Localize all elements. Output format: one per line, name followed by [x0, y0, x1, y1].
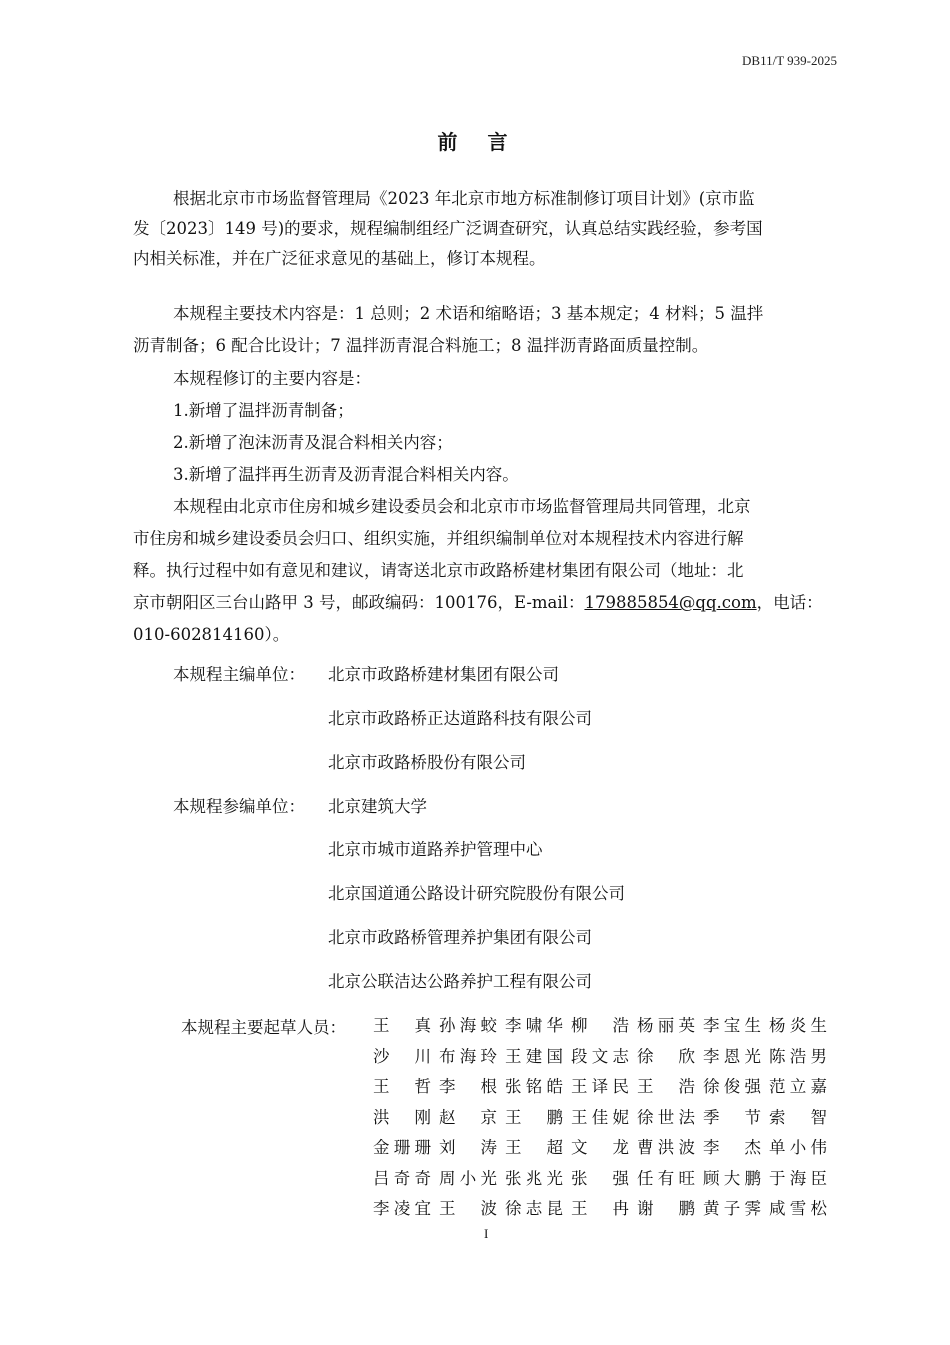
drafter-name-char: 陈 — [769, 1043, 786, 1074]
drafter-name-char: 徐 — [637, 1104, 654, 1135]
drafter-name-char: 松 — [811, 1195, 828, 1226]
email-link[interactable]: 179885854@qq.com — [584, 593, 756, 612]
drafter-name: 王建国 — [505, 1043, 563, 1074]
drafter-name: 李杰 — [703, 1134, 761, 1165]
drafter-name-char: 鹏 — [745, 1165, 762, 1196]
drafter-name: 李啸华 — [505, 1012, 563, 1043]
drafter-name: 洪刚 — [373, 1104, 431, 1135]
drafter-name: 索智 — [769, 1104, 827, 1135]
drafter-name-char: 啸 — [526, 1012, 543, 1043]
drafter-name-char: 浩 — [613, 1012, 630, 1043]
drafter-name-char: 徐 — [703, 1073, 720, 1104]
drafter-name-char: 咸 — [769, 1195, 786, 1226]
drafter-name-char: 杨 — [637, 1012, 654, 1043]
drafter-name: 王浩 — [637, 1073, 695, 1104]
drafter-name-char: 段 — [571, 1043, 588, 1074]
drafter-name: 范立嘉 — [769, 1073, 827, 1104]
drafter-name-char: 生 — [745, 1012, 762, 1043]
drafter-name-char: 李 — [439, 1073, 456, 1104]
drafter-name-char: 雪 — [790, 1195, 807, 1226]
drafter-name-char: 霁 — [745, 1195, 762, 1226]
drafter-name: 王超 — [505, 1134, 563, 1165]
drafter-name-char: 鹏 — [547, 1104, 564, 1135]
drafter-name: 黄子霁 — [703, 1195, 761, 1226]
drafter-name-char: 王 — [571, 1104, 588, 1135]
drafter-name-char: 志 — [526, 1195, 543, 1226]
drafter-name: 李根 — [439, 1073, 497, 1104]
drafter-name-char: 洪 — [373, 1104, 390, 1135]
drafter-name-char: 季 — [703, 1104, 720, 1135]
drafter-name: 于海臣 — [769, 1165, 827, 1196]
drafter-name-char: 徐 — [505, 1195, 522, 1226]
address-text: 京市朝阳区三台山路甲 3 号，邮政编码：100176，E-mail： — [133, 593, 584, 612]
page-number: I — [484, 1226, 488, 1242]
drafter-name-char: 真 — [415, 1012, 432, 1043]
drafter-name: 王波 — [439, 1195, 497, 1226]
drafter-name: 徐俊强 — [703, 1073, 761, 1104]
drafter-name-char: 妮 — [613, 1104, 630, 1135]
drafter-name-char: 布 — [439, 1043, 456, 1074]
drafter-name-char: 徐 — [637, 1043, 654, 1074]
drafter-name-char: 法 — [679, 1104, 696, 1135]
drafter-name-char: 沙 — [373, 1043, 390, 1074]
drafter-name-char: 珊 — [394, 1134, 411, 1165]
drafter-name-char: 根 — [481, 1073, 498, 1104]
drafter-name-char: 英 — [679, 1012, 696, 1043]
drafter-name-char: 文 — [571, 1134, 588, 1165]
drafter-name-char: 谢 — [637, 1195, 654, 1226]
paragraph-3-line-2: 市住房和城乡建设委员会归口、组织实施，并组织编制单位对本规程技术内容进行解 — [133, 524, 744, 554]
participating-unit-1: 北京建筑大学 — [328, 793, 427, 817]
drafter-name-char: 王 — [439, 1195, 456, 1226]
drafter-name-char: 民 — [613, 1073, 630, 1104]
drafter-name-char: 强 — [613, 1165, 630, 1196]
drafters-list: 王真孙海蛟李啸华柳浩杨丽英李宝生杨炎生沙川布海玲王建国段文志徐欣李恩光陈浩男王哲… — [373, 1012, 835, 1226]
drafter-name-char: 王 — [637, 1073, 654, 1104]
drafter-name: 赵京 — [439, 1104, 497, 1135]
drafter-name: 布海玲 — [439, 1043, 497, 1074]
drafter-name-char: 顾 — [703, 1165, 720, 1196]
chief-unit-2: 北京市政路桥正达道路科技有限公司 — [328, 705, 592, 729]
drafter-name-char: 国 — [547, 1043, 564, 1074]
drafter-name-char: 小 — [790, 1134, 807, 1165]
revision-item-1: 1.新增了温拌沥青制备； — [173, 396, 354, 426]
drafter-name-char: 译 — [592, 1073, 609, 1104]
drafter-name-char: 兆 — [526, 1165, 543, 1196]
drafter-name-char: 范 — [769, 1073, 786, 1104]
drafter-name-char: 王 — [505, 1134, 522, 1165]
drafter-name-char: 洪 — [658, 1134, 675, 1165]
drafter-name-char: 波 — [679, 1134, 696, 1165]
chief-units-label: 本规程主编单位： — [173, 661, 305, 685]
drafter-name: 季节 — [703, 1104, 761, 1135]
drafter-name-char: 单 — [769, 1134, 786, 1165]
drafter-name-char: 金 — [373, 1134, 390, 1165]
drafter-name-char: 奇 — [394, 1165, 411, 1196]
chief-unit-3: 北京市政路桥股份有限公司 — [328, 749, 526, 773]
participating-unit-2: 北京市城市道路养护管理中心 — [328, 836, 543, 860]
drafter-name-char: 生 — [811, 1012, 828, 1043]
paragraph-3-line-5: 010-602814160）。 — [133, 620, 289, 650]
paragraph-1-line-1: 根据北京市市场监督管理局《2023 年北京市地方标准制修订项目计划》(京市监 — [173, 184, 755, 214]
drafter-name-char: 文 — [592, 1043, 609, 1074]
drafter-name-char: 炎 — [790, 1012, 807, 1043]
revision-item-3: 3.新增了温拌再生沥青及沥青混合料相关内容。 — [173, 460, 519, 490]
drafter-name-char: 丽 — [658, 1012, 675, 1043]
drafter-name: 陈浩男 — [769, 1043, 827, 1074]
drafter-name-char: 世 — [658, 1104, 675, 1135]
paragraph-2-line-2: 沥青制备；6 配合比设计；7 温拌沥青混合料施工；8 温拌沥青路面质量控制。 — [133, 331, 708, 361]
paragraph-1-line-3: 内相关标准，并在广泛征求意见的基础上，修订本规程。 — [133, 244, 546, 274]
drafter-name-char: 智 — [811, 1104, 828, 1135]
drafter-name: 徐志昆 — [505, 1195, 563, 1226]
participating-unit-5: 北京公联洁达公路养护工程有限公司 — [328, 968, 592, 992]
revision-item-2: 2.新增了泡沫沥青及混合料相关内容； — [173, 428, 453, 458]
drafter-name: 谢鹏 — [637, 1195, 695, 1226]
drafter-name-char: 冉 — [613, 1195, 630, 1226]
drafter-name-char: 曹 — [637, 1134, 654, 1165]
drafter-name: 徐欣 — [637, 1043, 695, 1074]
drafter-name: 王鹏 — [505, 1104, 563, 1135]
drafter-name-char: 川 — [415, 1043, 432, 1074]
drafter-name-char: 欣 — [679, 1043, 696, 1074]
drafter-name-char: 李 — [703, 1012, 720, 1043]
drafter-name-char: 索 — [769, 1104, 786, 1135]
drafter-name-char: 男 — [811, 1043, 828, 1074]
drafter-name-char: 臣 — [811, 1165, 828, 1196]
drafter-name-char: 光 — [547, 1165, 564, 1196]
drafter-name-char: 涛 — [481, 1134, 498, 1165]
drafter-name-char: 哲 — [415, 1073, 432, 1104]
drafter-name: 徐世法 — [637, 1104, 695, 1135]
drafter-name-char: 张 — [571, 1165, 588, 1196]
drafter-name-char: 李 — [373, 1195, 390, 1226]
drafter-name-char: 宝 — [724, 1012, 741, 1043]
drafter-name: 金珊珊 — [373, 1134, 431, 1165]
drafter-name-char: 佳 — [592, 1104, 609, 1135]
drafter-name: 吕奇奇 — [373, 1165, 431, 1196]
drafter-name-char: 王 — [571, 1073, 588, 1104]
drafter-name: 杨丽英 — [637, 1012, 695, 1043]
drafter-name: 文龙 — [571, 1134, 629, 1165]
drafter-name-char: 珊 — [415, 1134, 432, 1165]
drafter-name-char: 超 — [547, 1134, 564, 1165]
participating-units-label: 本规程参编单位： — [173, 793, 305, 817]
paragraph-3-line-1: 本规程由北京市住房和城乡建设委员会和北京市市场监督管理局共同管理，北京 — [173, 492, 751, 522]
drafter-name-char: 周 — [439, 1165, 456, 1196]
drafter-name-char: 节 — [745, 1104, 762, 1135]
drafter-name-char: 旺 — [679, 1165, 696, 1196]
drafter-name-char: 宜 — [415, 1195, 432, 1226]
drafter-name-char: 京 — [481, 1104, 498, 1135]
drafter-name-char: 杨 — [769, 1012, 786, 1043]
drafter-name: 周小光 — [439, 1165, 497, 1196]
phone-label: ，电话： — [757, 593, 823, 612]
drafter-name-char: 海 — [460, 1012, 477, 1043]
drafter-name-char: 李 — [505, 1012, 522, 1043]
drafter-name: 王佳妮 — [571, 1104, 629, 1135]
drafter-name-char: 小 — [460, 1165, 477, 1196]
drafter-name-char: 有 — [658, 1165, 675, 1196]
drafter-name-char: 蛟 — [481, 1012, 498, 1043]
drafter-name-char: 光 — [481, 1165, 498, 1196]
drafter-name: 咸雪松 — [769, 1195, 827, 1226]
drafter-name-char: 浩 — [679, 1073, 696, 1104]
drafter-name: 王冉 — [571, 1195, 629, 1226]
drafter-name-char: 伟 — [811, 1134, 828, 1165]
drafter-name-char: 柳 — [571, 1012, 588, 1043]
drafter-name-char: 子 — [724, 1195, 741, 1226]
drafter-name-char: 龙 — [613, 1134, 630, 1165]
drafter-name-char: 鹏 — [679, 1195, 696, 1226]
drafter-name-char: 铭 — [526, 1073, 543, 1104]
drafter-name: 段文志 — [571, 1043, 629, 1074]
drafter-name-char: 建 — [526, 1043, 543, 1074]
drafter-name-char: 王 — [571, 1195, 588, 1226]
participating-unit-4: 北京市政路桥管理养护集团有限公司 — [328, 924, 592, 948]
drafter-name: 张强 — [571, 1165, 629, 1196]
revision-intro: 本规程修订的主要内容是： — [173, 364, 371, 394]
drafter-name-char: 立 — [790, 1073, 807, 1104]
drafter-name-char: 玲 — [481, 1043, 498, 1074]
drafter-name: 柳浩 — [571, 1012, 629, 1043]
drafter-name-char: 任 — [637, 1165, 654, 1196]
drafter-name: 李凌宜 — [373, 1195, 431, 1226]
drafter-name-char: 刚 — [415, 1104, 432, 1135]
drafter-name-char: 王 — [505, 1043, 522, 1074]
paragraph-1-line-2: 发〔2023〕149 号)的要求，规程编制组经广泛调查研究，认真总结实践经验，参… — [133, 214, 763, 244]
drafter-name-char: 王 — [373, 1073, 390, 1104]
drafter-name-char: 恩 — [724, 1043, 741, 1074]
drafter-name-char: 志 — [613, 1043, 630, 1074]
drafter-name-char: 王 — [505, 1104, 522, 1135]
drafter-name-char: 杰 — [745, 1134, 762, 1165]
drafter-name: 王译民 — [571, 1073, 629, 1104]
drafter-name-char: 孙 — [439, 1012, 456, 1043]
drafter-name: 王哲 — [373, 1073, 431, 1104]
participating-unit-3: 北京国道通公路设计研究院股份有限公司 — [328, 880, 625, 904]
paragraph-3-line-3: 释。执行过程中如有意见和建议，请寄送北京市政路桥建材集团有限公司（地址：北 — [133, 556, 744, 586]
drafter-name-char: 海 — [790, 1165, 807, 1196]
chief-unit-1: 北京市政路桥建材集团有限公司 — [328, 661, 559, 685]
drafter-name-char: 海 — [460, 1043, 477, 1074]
drafter-name-char: 浩 — [790, 1043, 807, 1074]
drafter-name: 孙海蛟 — [439, 1012, 497, 1043]
drafter-name-char: 张 — [505, 1165, 522, 1196]
drafter-name: 李宝生 — [703, 1012, 761, 1043]
drafter-name-char: 王 — [373, 1012, 390, 1043]
drafter-name-char: 昆 — [547, 1195, 564, 1226]
paragraph-2-line-1: 本规程主要技术内容是：1 总则；2 术语和缩略语；3 基本规定；4 材料；5 温… — [173, 299, 763, 329]
drafter-name-char: 俊 — [724, 1073, 741, 1104]
drafter-name: 张铭皓 — [505, 1073, 563, 1104]
drafter-name-char: 大 — [724, 1165, 741, 1196]
drafter-name-char: 李 — [703, 1134, 720, 1165]
drafters-label: 本规程主要起草人员： — [181, 1014, 346, 1038]
drafter-name-char: 奇 — [415, 1165, 432, 1196]
drafter-name: 任有旺 — [637, 1165, 695, 1196]
drafter-name-char: 波 — [481, 1195, 498, 1226]
drafter-name-char: 光 — [745, 1043, 762, 1074]
drafter-name-char: 皓 — [547, 1073, 564, 1104]
drafter-name-char: 吕 — [373, 1165, 390, 1196]
drafter-name: 顾大鹏 — [703, 1165, 761, 1196]
drafter-name-char: 凌 — [394, 1195, 411, 1226]
standard-code: DB11/T 939-2025 — [742, 53, 837, 69]
drafter-name: 刘涛 — [439, 1134, 497, 1165]
drafter-name-char: 李 — [703, 1043, 720, 1074]
drafter-name: 李恩光 — [703, 1043, 761, 1074]
drafter-name: 杨炎生 — [769, 1012, 827, 1043]
drafter-name-char: 赵 — [439, 1104, 456, 1135]
drafter-name-char: 强 — [745, 1073, 762, 1104]
paragraph-3-line-4: 京市朝阳区三台山路甲 3 号，邮政编码：100176，E-mail：179885… — [133, 588, 823, 618]
drafter-name: 张兆光 — [505, 1165, 563, 1196]
drafter-name-char: 于 — [769, 1165, 786, 1196]
drafter-name-char: 嘉 — [811, 1073, 828, 1104]
drafter-name-char: 张 — [505, 1073, 522, 1104]
drafter-name: 曹洪波 — [637, 1134, 695, 1165]
drafter-name: 王真 — [373, 1012, 431, 1043]
page-title: 前言 — [0, 126, 950, 155]
drafter-name-char: 华 — [547, 1012, 564, 1043]
drafter-name-char: 黄 — [703, 1195, 720, 1226]
drafter-name: 沙川 — [373, 1043, 431, 1074]
drafter-name: 单小伟 — [769, 1134, 827, 1165]
drafter-name-char: 刘 — [439, 1134, 456, 1165]
